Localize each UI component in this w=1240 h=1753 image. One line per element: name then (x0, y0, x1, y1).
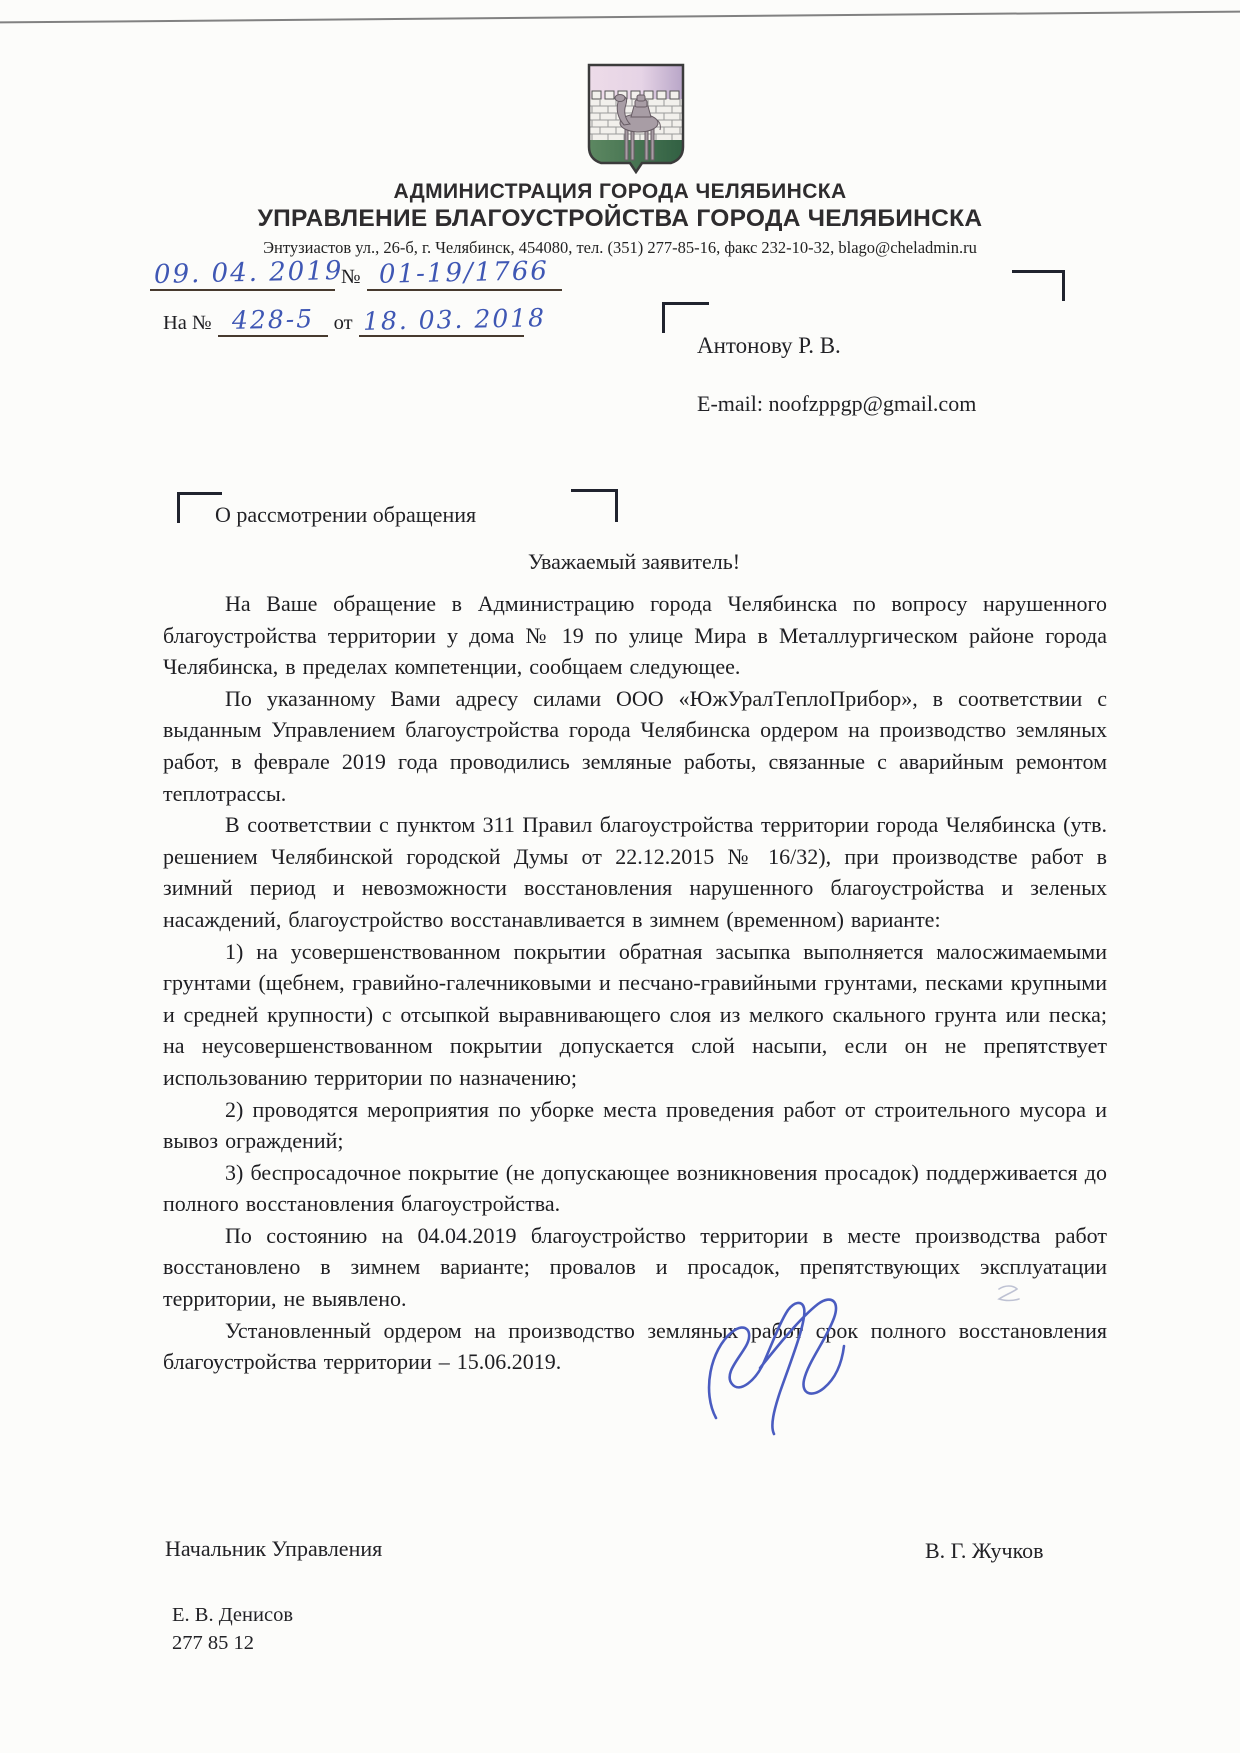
body-paragraph: 3) беспросадочное покрытие (не допускающ… (163, 1157, 1107, 1220)
coat-of-arms-icon (584, 62, 688, 179)
signature-name: В. Г. Жучков (925, 1538, 1044, 1564)
recipient-name: Антонову Р. В. (697, 333, 841, 359)
body-paragraph: В соответствии с пунктом 311 Правил благ… (163, 809, 1107, 935)
faint-ink-mark (996, 1282, 1022, 1315)
reply-date-field: 18. 03. 2018 (359, 305, 524, 337)
org-name-line2: УПРАВЛЕНИЕ БЛАГОУСТРОЙСТВА ГОРОДА ЧЕЛЯБИ… (0, 205, 1240, 233)
signature-scribble-icon (688, 1288, 878, 1458)
reply-prefix-label: На № (163, 312, 218, 337)
scanner-edge-line (0, 10, 1240, 23)
body-paragraph: На Ваше обращение в Администрацию города… (163, 588, 1107, 683)
body-paragraph: Установленный ордером на производство зе… (163, 1315, 1107, 1378)
outgoing-reference-line: 09. 04. 2019 № 01-19/1766 (150, 258, 562, 291)
body-paragraph: 2) проводятся мероприятия по уборке мест… (163, 1094, 1107, 1157)
contact-line: Энтузиастов ул., 26-б, г. Челябинск, 454… (0, 238, 1240, 258)
executor-phone: 277 85 12 (172, 1632, 254, 1655)
letterhead: АДМИНИСТРАЦИЯ ГОРОДА ЧЕЛЯБИНСКА УПРАВЛЕН… (0, 180, 1240, 258)
body-paragraph: 1) на усовершенствованном покрытии обрат… (163, 936, 1107, 1094)
recipient-corner-right-icon (1012, 270, 1065, 301)
recipient-corner-left-icon (662, 302, 709, 333)
letter-body: На Ваше обращение в Администрацию города… (163, 588, 1107, 1378)
executor-name: Е. В. Денисов (172, 1604, 293, 1627)
recipient-email: E-mail: noofzppgp@gmail.com (697, 391, 976, 417)
subject-line: О рассмотрении обращения (215, 502, 476, 528)
reply-number-field: 428-5 (218, 305, 328, 337)
salutation: Уважаемый заявитель! (163, 549, 1105, 575)
reply-from-label: от (328, 312, 359, 337)
outgoing-date-field: 09. 04. 2019 (150, 258, 335, 291)
signature-position-title: Начальник Управления (165, 1536, 382, 1562)
org-name-line1: АДМИНИСТРАЦИЯ ГОРОДА ЧЕЛЯБИНСКА (0, 180, 1240, 204)
body-paragraph: По указанному Вами адресу силами ООО «Юж… (163, 683, 1107, 809)
outgoing-number-field: 01-19/1766 (367, 258, 562, 291)
reply-reference-line: На № 428-5 от 18. 03. 2018 (163, 305, 524, 337)
scanned-letter-page: АДМИНИСТРАЦИЯ ГОРОДА ЧЕЛЯБИНСКА УПРАВЛЕН… (0, 0, 1240, 1753)
subject-corner-right-icon (571, 489, 618, 522)
body-paragraph: По состоянию на 04.04.2019 благоустройст… (163, 1220, 1107, 1315)
